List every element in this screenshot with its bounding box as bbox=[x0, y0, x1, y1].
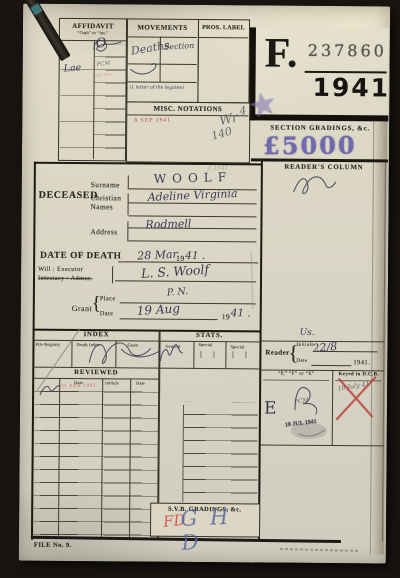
christian-names-label-1: Christian bbox=[91, 193, 122, 202]
reader-date-label: Date bbox=[296, 359, 307, 364]
movements-box: MOVEMENTS Deaths Section (1 letter of th… bbox=[126, 18, 199, 103]
surname-label: Surname bbox=[91, 180, 120, 189]
file-year: 1941 bbox=[312, 73, 390, 103]
christian-names-label-2: Names bbox=[91, 202, 114, 211]
misc-notations-box: MISC. NOTATIONS 8 SEP 1941 Wr 4 140 bbox=[126, 101, 250, 163]
affidavit-handwriting-top: O bbox=[95, 36, 108, 52]
affidavit-handwriting-left: Lae bbox=[63, 62, 81, 74]
movements-cell-handwriting-2: Section bbox=[164, 41, 195, 52]
grant-date-label: Date bbox=[100, 310, 114, 317]
date-of-death-label: DATE OF DEATH bbox=[40, 251, 121, 262]
pros-label-box: PROS. LABEL bbox=[197, 19, 250, 103]
will-executor-label: Will : Executor bbox=[38, 266, 83, 273]
stats-col-special-2: Special bbox=[230, 344, 244, 349]
paper-sheet: AFFIDAVIT “Oath” or “Int.” O Lae PCM NOV… bbox=[0, 0, 400, 578]
file-number: 237860 bbox=[308, 41, 387, 61]
file-letter: F. bbox=[265, 30, 298, 78]
reader-initials-handwriting: 22/8 bbox=[312, 340, 338, 355]
grant-year-handwriting: 41 . bbox=[231, 307, 251, 319]
svb-pencil-initials: G H D bbox=[180, 503, 260, 554]
reader-signature-initials: Us. bbox=[300, 328, 315, 338]
surname-handwriting: WOOLF bbox=[154, 170, 233, 186]
file-no-label: FILE No. 9. bbox=[34, 542, 72, 549]
file-number-box: F. 237860 1941 ★ bbox=[249, 27, 389, 121]
affidavit-box: AFFIDAVIT “Oath” or “Int.” O Lae PCM NOV… bbox=[58, 18, 127, 162]
svb-gradings-box: S.V.B. GRADINGS, &c. FD G H D bbox=[150, 503, 260, 538]
reader-initials-label: Initials bbox=[296, 343, 313, 348]
index-col-file-registry: File Registry bbox=[35, 342, 60, 347]
grant-date-handwriting: 19 Aug bbox=[136, 301, 180, 318]
keyed-title: Keyed in D.C.B. bbox=[334, 372, 383, 377]
pencil-band-detail bbox=[30, 3, 42, 15]
executor-note-handwriting: P. N. bbox=[166, 286, 188, 299]
index-title: INDEX bbox=[57, 331, 137, 339]
readers-column-title: READER'S COLUMN bbox=[263, 163, 385, 171]
stats-title: STATS. bbox=[178, 332, 242, 340]
pros-label-title: PROS. LABEL bbox=[199, 24, 248, 31]
misc-pencil-4: 4 bbox=[239, 104, 248, 118]
index-col-grant: Grant bbox=[127, 342, 138, 347]
grant-place-label: Place bbox=[100, 295, 116, 302]
date-of-death-handwriting: 28 Mar bbox=[137, 248, 178, 263]
reader-label: Reader bbox=[265, 349, 289, 357]
stats-col-special-1: Special bbox=[198, 342, 212, 347]
reviewed-title: REVIEWED bbox=[56, 369, 136, 377]
misc-pencil-140: 140 bbox=[210, 125, 234, 143]
reviewed-date-stamp: 11 APR 1942 bbox=[61, 383, 96, 390]
value-stamp: £5000 bbox=[263, 130, 357, 160]
misc-date-stamp: 8 SEP 1941 bbox=[134, 117, 171, 123]
address-label: Address bbox=[90, 227, 117, 236]
intestacy-admor-label: Intestacy : Admor. bbox=[38, 275, 92, 282]
date-of-death-year-handwriting: 41 . bbox=[185, 250, 205, 262]
deceased-label: DECEASED bbox=[39, 190, 98, 201]
pfe-letter-handwriting: E bbox=[264, 399, 277, 419]
archival-file-cover-photo: AFFIDAVIT “Oath” or “Int.” O Lae PCM NOV… bbox=[0, 0, 400, 578]
grant-label: Grant bbox=[72, 304, 92, 313]
pfe-title: “P,” “F” or “E” bbox=[261, 371, 331, 377]
affidavit-subtitle: “Oath” or “Int.” bbox=[60, 30, 126, 36]
movements-title: MOVEMENTS bbox=[128, 23, 197, 32]
movements-note-handwriting: (1 letter of the legatee) bbox=[129, 85, 183, 90]
date-of-death-year-printed: 19 bbox=[176, 254, 184, 263]
address-handwriting: Rodmell bbox=[145, 217, 191, 231]
grant-year-printed: 19 bbox=[222, 312, 230, 321]
reader-year-printed: 1941. bbox=[353, 359, 370, 366]
stats-col-general: General bbox=[165, 344, 180, 349]
index-col-death-index: Death Index bbox=[76, 342, 99, 347]
